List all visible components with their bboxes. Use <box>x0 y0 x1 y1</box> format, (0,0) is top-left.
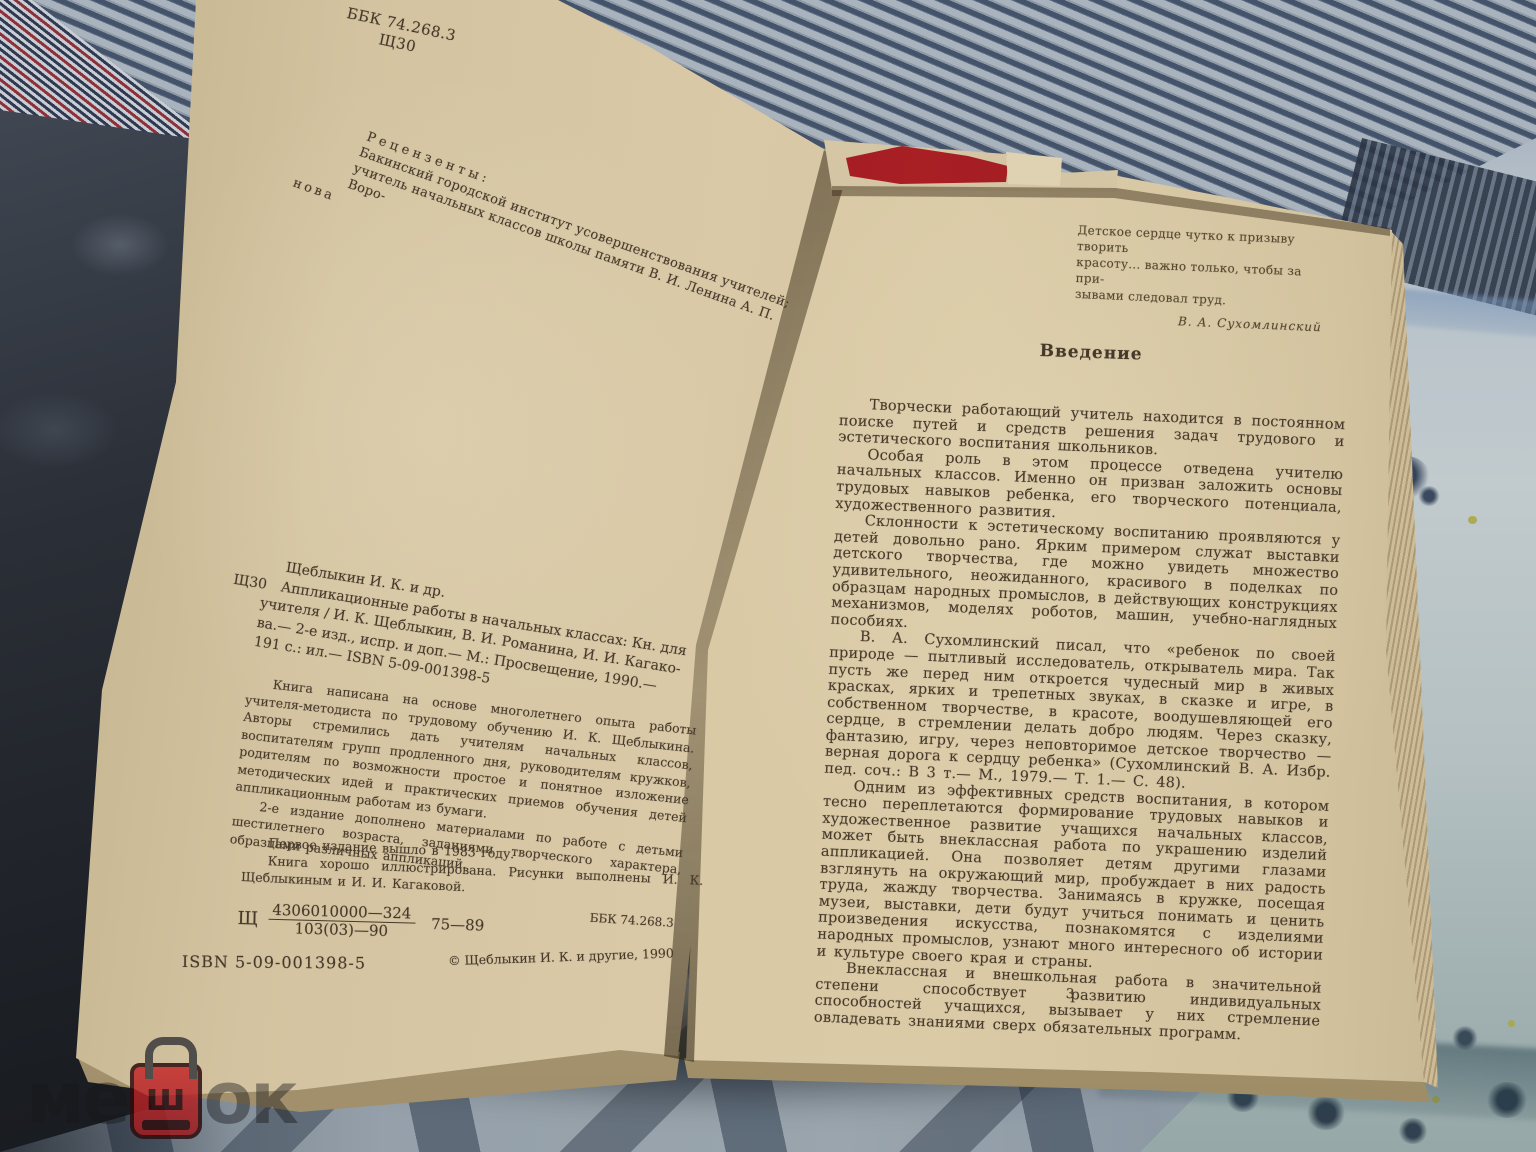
meshok-watermark: ме ш ок <box>26 1044 296 1152</box>
yellow-dot <box>1468 516 1477 524</box>
catalog-suffix: 75—89 <box>431 915 485 934</box>
isbn-text: ISBN 5-09-001398-5 <box>182 952 366 973</box>
catalog-prefix: Щ <box>237 908 258 930</box>
watermark-text-left: ме <box>26 1062 128 1134</box>
book-photo-scene: ББК 74.268.3 Щ30 Рецензенты: Бакинский г… <box>0 0 1536 1152</box>
flower-spot <box>1418 486 1440 506</box>
catalog-fraction: 4306010000—324 103(03)—90 <box>268 902 416 941</box>
yellow-dot <box>1508 1020 1515 1027</box>
watermark-bag-letter: ш <box>145 1075 185 1119</box>
watermark-text-right: ок <box>204 1062 296 1134</box>
body-paragraph: Склонности к эстетическому воспитанию пр… <box>830 512 1340 649</box>
shopping-bag-icon: ш <box>130 1063 202 1139</box>
epigraph: Детское сердце чутко к призыву творить к… <box>1074 222 1326 335</box>
body-paragraph: Одним из эффективных средств воспитания,… <box>816 777 1329 981</box>
card-index: Щ30 <box>232 570 282 597</box>
bbk-code-small: ББК 74.268.3 <box>589 911 674 930</box>
introduction-body: Творчески работающий учитель находится в… <box>814 396 1346 1047</box>
page-number: 3 <box>1065 986 1074 1002</box>
body-paragraph: В. А. Сухомлинский писал, что «ребенок п… <box>824 628 1336 798</box>
